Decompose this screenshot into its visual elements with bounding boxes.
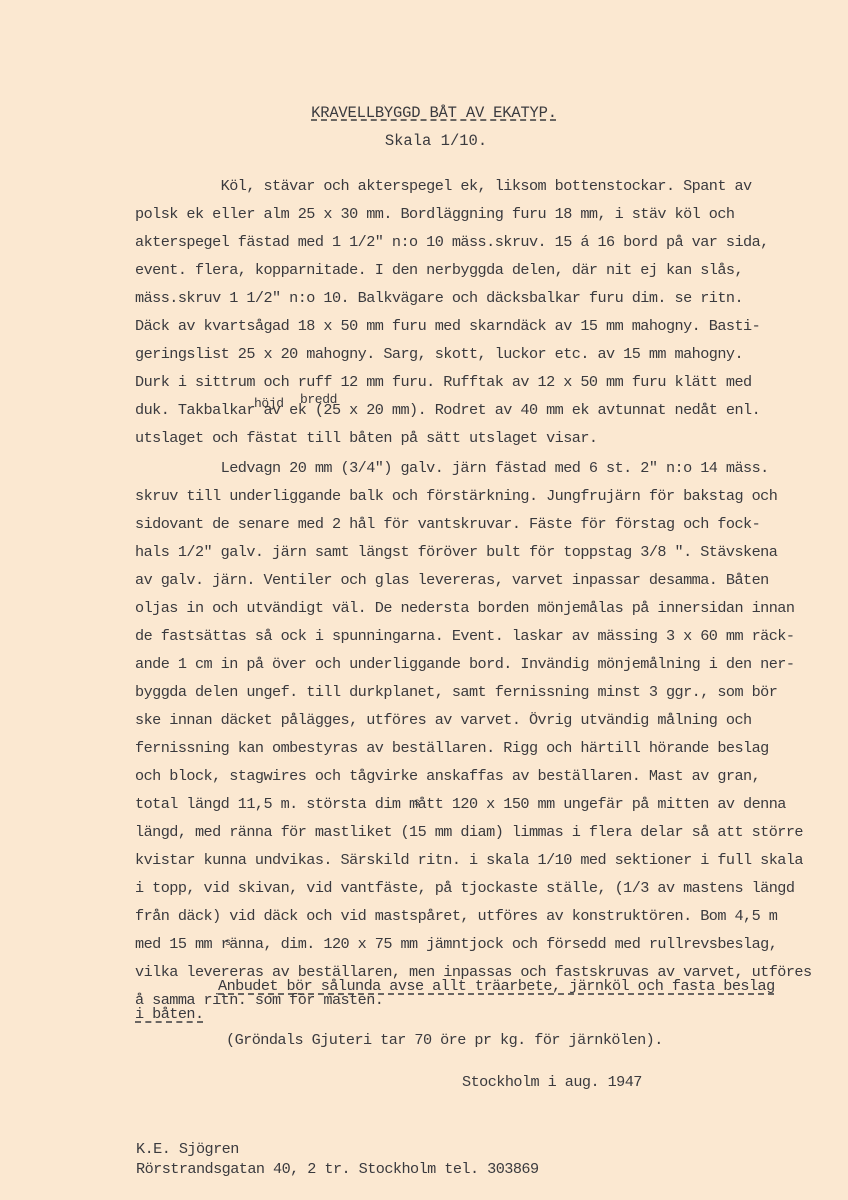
text-line: med 15 mm ränna, dim. 120 x 75 mm jämntj… (135, 934, 777, 954)
text-line: polsk ek eller alm 25 x 30 mm. Bordläggn… (135, 204, 734, 224)
emphasis-line-2: i båten. (135, 1004, 204, 1024)
text-line: längd, med ränna för mastliket (15 mm di… (135, 822, 803, 842)
text-line: ande 1 cm in på över och underliggande b… (135, 654, 794, 674)
text-line: hals 1/2" galv. järn samt längst föröver… (135, 542, 777, 562)
text-line: från däck) vid däck och vid mastspåret, … (135, 906, 777, 926)
title-text: KRAVELLBYGGD BÅT AV EKATYP. (291, 104, 557, 122)
document-title: KRAVELLBYGGD BÅT AV EKATYP. (0, 104, 848, 122)
text-line: mäss.skruv 1 1/2" n:o 10. Balkvägare och… (135, 288, 743, 308)
document-subtitle: Skala 1/10. (0, 132, 848, 150)
text-line: byggda delen ungef. till durkplanet, sam… (135, 682, 777, 702)
place-date: Stockholm i aug. 1947 (462, 1072, 642, 1092)
text-line: geringslist 25 x 20 mahogny. Sarg, skott… (135, 344, 743, 364)
text-line: Ledvagn 20 mm (3/4") galv. järn fästad m… (135, 458, 769, 478)
text-line: ske innan däcket pålägges, utföres av va… (135, 710, 752, 730)
superscript-s-2: s (225, 938, 231, 949)
note-line: (Gröndals Gjuteri tar 70 öre pr kg. för … (226, 1030, 663, 1050)
text-line: total längd 11,5 m. största dim mått 120… (135, 794, 786, 814)
text-line: i topp, vid skivan, vid vantfäste, på tj… (135, 878, 794, 898)
text-line: de fastsättas så ock i spunningarna. Eve… (135, 626, 794, 646)
text-line: Däck av kvartsågad 18 x 50 mm furu med s… (135, 316, 760, 336)
annotation-hojd: höjd (254, 396, 284, 411)
signature-address: Rörstrandsgatan 40, 2 tr. Stockholm tel.… (136, 1160, 539, 1178)
text-line: fernissning kan ombestyras av beställare… (135, 738, 769, 758)
text-line: event. flera, kopparnitade. I den nerbyg… (135, 260, 743, 280)
text-line: kvistar kunna undvikas. Särskild ritn. i… (135, 850, 803, 870)
text-line: oljas in och utvändigt väl. De nedersta … (135, 598, 794, 618)
text-line: duk. Takbalkar av ek (25 x 20 mm). Rodre… (135, 400, 760, 420)
text-line: akterspegel fästad med 1 1/2" n:o 10 mäs… (135, 232, 769, 252)
text-line: sidovant de senare med 2 hål för vantskr… (135, 514, 760, 534)
text-line: Durk i sittrum och ruff 12 mm furu. Ruff… (135, 372, 752, 392)
text-line: Köl, stävar och akterspegel ek, liksom b… (135, 176, 752, 196)
text-line: utslaget och fästat till båten på sätt u… (135, 428, 597, 448)
text-line: skruv till underliggande balk och förstä… (135, 486, 777, 506)
typewritten-document: KRAVELLBYGGD BÅT AV EKATYP. Skala 1/10. … (0, 0, 848, 1200)
superscript-s-1: s (414, 798, 420, 809)
signature-name: K.E. Sjögren (136, 1140, 239, 1158)
text-line: av galv. järn. Ventiler och glas leverer… (135, 570, 769, 590)
emphasis-line-1: Anbudet bör sålunda avse allt träarbete,… (218, 976, 775, 996)
text-line: och block, stagwires och tågvirke anskaf… (135, 766, 760, 786)
annotation-bredd: bredd (300, 392, 337, 407)
